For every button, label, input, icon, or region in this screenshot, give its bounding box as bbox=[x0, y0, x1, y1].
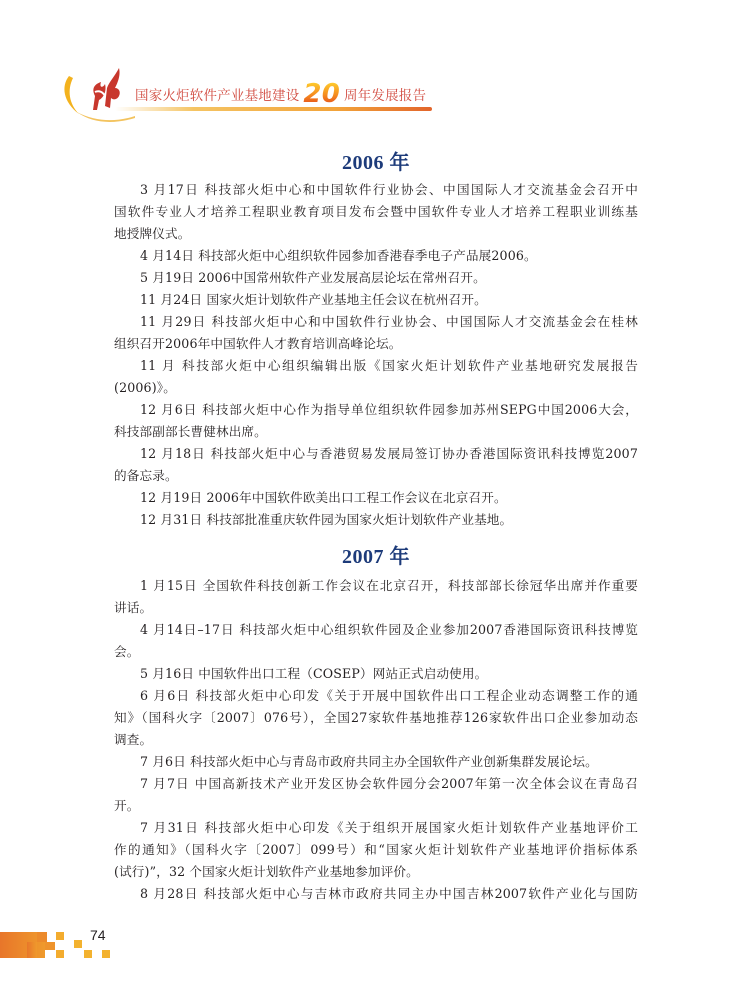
entry-line: 12 月19日 2006年中国软件欧美出口工程工作会议在北京召开。 bbox=[114, 488, 638, 508]
entry-line: 7 月31日 科技部火炬中心印发《关于组织开展国家火炬计划软件产业基地评价工 bbox=[114, 818, 638, 838]
entry-line: 知》（国科火字〔2007〕076号），全国27家软件基地推荐126家软件出口企业… bbox=[114, 708, 638, 728]
entry-line: 4 月14日 科技部火炬中心组织软件园参加香港春季电子产品展2006。 bbox=[114, 246, 638, 266]
entry-line: 5 月19日 2006中国常州软件产业发展高层论坛在常州召开。 bbox=[114, 268, 638, 288]
torch-logo-icon bbox=[55, 62, 135, 122]
page-footer: 74 bbox=[0, 910, 200, 960]
entry-line: 6 月6日 科技部火炬中心印发《关于开展中国软件出口工程企业动态调整工作的通 bbox=[114, 686, 638, 706]
entry-line: 12 月18日 科技部火炬中心与香港贸易发展局签订协办香港国际资讯科技博览200… bbox=[114, 444, 638, 464]
entry-line: 11 月 科技部火炬中心组织编辑出版《国家火炬计划软件产业基地研究发展报告 bbox=[114, 356, 638, 376]
entry-line: 作的通知》（国科火字〔2007〕099号）和“国家火炬计划软件产业基地评价指标体… bbox=[114, 840, 638, 860]
entry-line: (2006)》。 bbox=[114, 378, 638, 398]
entry-line: 调查。 bbox=[114, 730, 638, 750]
entry-line: 国软件专业人才培养工程职业教育项目发布会暨中国软件专业人才培养工程职业训练基 bbox=[114, 202, 638, 222]
entry-line: 12 月6日 科技部火炬中心作为指导单位组织软件园参加苏州SEPG中国2006大… bbox=[114, 400, 638, 420]
running-header: 国家火炬软件产业基地建设 20 周年发展报告 bbox=[55, 62, 435, 122]
entry-line: 科技部副部长曹健林出席。 bbox=[114, 422, 638, 442]
entry-line: 4 月14日–17日 科技部火炬中心组织软件园及企业参加2007香港国际资讯科技… bbox=[114, 620, 638, 640]
anniversary-number: 20 bbox=[303, 82, 340, 106]
report-title-suffix: 周年发展报告 bbox=[344, 84, 426, 104]
entry-line: 11 月24日 国家火炬计划软件产业基地主任会议在杭州召开。 bbox=[114, 290, 638, 310]
entry-line: 地授牌仪式。 bbox=[114, 224, 638, 244]
entry-line: 讲话。 bbox=[114, 598, 638, 618]
entry-line: 1 月15日 全国软件科技创新工作会议在北京召开，科技部部长徐冠华出席并作重要 bbox=[114, 576, 638, 596]
entry-line: 11 月29日 科技部火炬中心和中国软件行业协会、中国国际人才交流基金会在桂林 bbox=[114, 312, 638, 332]
entry-line: 5 月16日 中国软件出口工程（COSEP）网站正式启动使用。 bbox=[114, 664, 638, 684]
entry-line: 12 月31日 科技部批准重庆软件园为国家火炬计划软件产业基地。 bbox=[114, 510, 638, 530]
report-title: 国家火炬软件产业基地建设 20 周年发展报告 bbox=[135, 82, 426, 106]
entry-line: 7 月6日 科技部火炬中心与青岛市政府共同主办全国软件产业创新集群发展论坛。 bbox=[114, 752, 638, 772]
entry-line: 开。 bbox=[114, 796, 638, 816]
header-rule bbox=[115, 107, 432, 111]
page-number: 74 bbox=[90, 927, 106, 943]
entry-line: 7 月7日 中国高新技术产业开发区协会软件园分会2007年第一次全体会议在青岛召 bbox=[114, 774, 638, 794]
entry-line: 8 月28日 科技部火炬中心与吉林市政府共同主办中国吉林2007软件产业化与国防 bbox=[114, 884, 638, 904]
entry-line: 组织召开2006年中国软件人才教育培训高峰论坛。 bbox=[114, 334, 638, 354]
entry-line: 会。 bbox=[114, 642, 638, 662]
year-heading-2006: 2006 年 bbox=[114, 146, 638, 175]
report-title-prefix: 国家火炬软件产业基地建设 bbox=[135, 84, 299, 104]
entry-line: (试行)”，32 个国家火炬计划软件产业基地参加评价。 bbox=[114, 862, 638, 882]
entry-line: 3 月17日 科技部火炬中心和中国软件行业协会、中国国际人才交流基金会召开中 bbox=[114, 180, 638, 200]
entry-line: 的备忘录。 bbox=[114, 466, 638, 486]
year-heading-2007: 2007 年 bbox=[114, 540, 638, 569]
